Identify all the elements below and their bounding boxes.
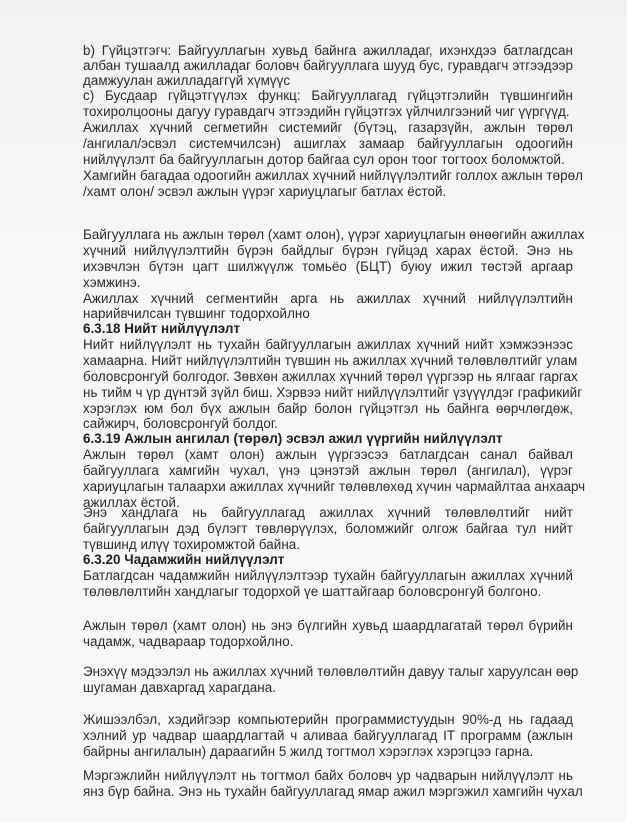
text-line: /хамт олон/ эсвэл ажлын үүрэг хариуцлагы… xyxy=(83,184,573,199)
section-heading: 6.3.20 Чадамжийн нийлүүлэлт xyxy=(83,552,573,567)
text-line: дамжуулан ажилладаггүй хүмүүс xyxy=(83,73,573,88)
text-line: Энэ хандлага нь байгууллагад ажиллах хүч… xyxy=(83,505,573,520)
text-line: c) Бусдаар гүйцэтгүүлэх функц: Байгуулла… xyxy=(83,88,573,103)
text-line: Энэхүү мэдээлэл нь ажиллах хүчний төлөвл… xyxy=(83,664,573,679)
text-line: сайжирч, боловсронгуй болдог. xyxy=(83,416,573,431)
text-line: албан тушаалд ажилладаг боловч байгуулла… xyxy=(83,58,573,73)
text-line: шугаман давхаргад харагдана. xyxy=(83,680,573,695)
text-line: ихэвчлэн бүтэн цагт шилжүүлж томьёо (БЦТ… xyxy=(83,259,573,274)
text-line: боловсронгуй болгодог. Зөвхөн ажиллах хү… xyxy=(83,369,573,384)
text-line: нарийвчилсан түвшинг тодорхойлно xyxy=(83,306,573,321)
text-line: нийлүүлэлт ба байгууллагын дотор байгаа … xyxy=(83,152,573,167)
text-line: Хамгийн багадаа одоогийн ажиллах хүчний … xyxy=(83,168,573,183)
text-line: түвшинд илүү тохиромжтой байна. xyxy=(83,537,573,552)
text-line: байрны ангилалын) дараагийн 5 жилд тогтм… xyxy=(83,744,573,759)
text-line: /ангилал/эсвэл системчилсэн) ашиглах зам… xyxy=(83,136,573,151)
text-line: хэлний ур чадвар шаардлагтай ч аливаа ба… xyxy=(83,728,573,743)
text-line: Ажлын төрөл (хамт олон) нь энэ бүлгийн х… xyxy=(83,618,573,633)
text-line: байгууллагын дэд бүлэгт төвлөрүүлэх, бол… xyxy=(83,521,573,536)
text-line: Мэргэжлийн нийлүүлэлт нь тогтмол байх бо… xyxy=(83,768,573,783)
text-line: Ажиллах хүчний сегметийн системийг (бүтэ… xyxy=(83,120,573,135)
text-line: чадамж, чадвараар тодорхойлно. xyxy=(83,634,573,649)
text-line: байгууллага хамгийн чухал, үнэ цэнэтэй а… xyxy=(83,463,573,478)
text-line: Байгууллага нь ажлын төрөл (хамт олон), … xyxy=(83,227,573,242)
text-line: хүчний нийлүүлэлтийн бүрэн байдлыг бүрэн… xyxy=(83,243,573,258)
text-line: тохиролцооны дагуу гуравдагч этгээдийн г… xyxy=(83,104,573,119)
text-line: Батлагдсан чадамжийн нийлүүлэлтээр тухай… xyxy=(83,568,573,583)
text-line: хариуцлагын талаархи ажиллах хүчнийг төл… xyxy=(83,479,573,494)
text-line: янз бүр байна. Энэ нь тухайн байгууллага… xyxy=(83,784,573,799)
text-line: Жишээлбэл, хэдийгээр компьютерийн програ… xyxy=(83,712,573,727)
text-line: нь тийм ч үр дүнтэй зүйл биш. Хэрвээ ний… xyxy=(83,385,573,400)
text-line: Ажиллах хүчний сегментийн арга нь ажилла… xyxy=(83,291,573,306)
text-line: Ажлын төрөл (хамт олон) ажлын үүргээсээ … xyxy=(83,447,573,462)
section-heading: 6.3.18 Нийт нийлүүлэлт xyxy=(83,321,573,336)
text-line: Нийт нийлүүлэлт нь тухайн байгууллагын а… xyxy=(83,337,573,352)
document-page: b) Гүйцэтгэгч: Байгууллагын хувьд байнга… xyxy=(0,0,627,822)
text-line: төлөвлөлтийн хандлагыг тодорхой үе шатта… xyxy=(83,584,573,599)
text-line: хэмжинэ. xyxy=(83,275,573,290)
section-heading: 6.3.19 Ажлын ангилал (төрөл) эсвэл ажил … xyxy=(83,431,573,446)
text-line: b) Гүйцэтгэгч: Байгууллагын хувьд байнга… xyxy=(83,43,573,58)
text-line: хэрэглэх юм бол бүх ажлын байр болон гүй… xyxy=(83,401,573,416)
text-line: хамаарна. Нийт нийлүүлэлтийн түвшин нь а… xyxy=(83,353,573,368)
